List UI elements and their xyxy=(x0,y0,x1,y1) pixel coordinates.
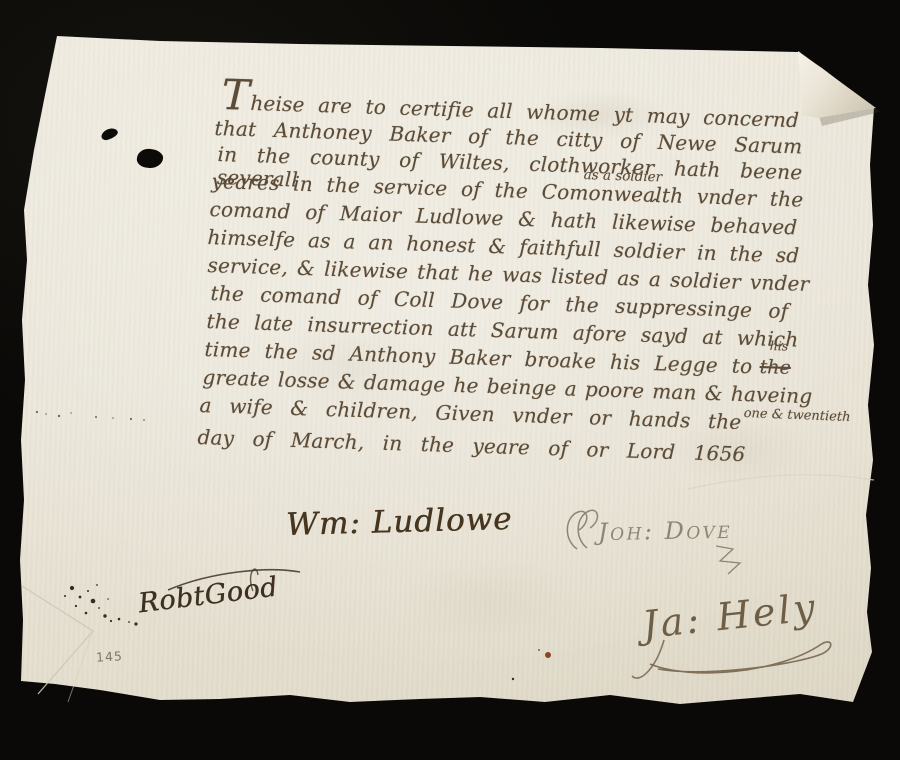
catalog-number: 145 xyxy=(96,648,124,664)
manuscript-text: Theise are to certifie all whome yt may … xyxy=(0,0,900,760)
interlinear-insertion: as a soldier xyxy=(583,167,662,185)
signature-good: RobtGood xyxy=(137,572,280,620)
struck-word: the xyxy=(759,356,791,379)
insertion-caret: ^ xyxy=(650,197,661,212)
signature-dove: Joh: Dove xyxy=(598,516,733,546)
date-phrase: one & twentieth xyxy=(743,406,850,425)
signature-hely: Ja: Hely xyxy=(640,585,820,647)
manuscript-line-13: day of March, in the yeare of or Lord 16… xyxy=(197,426,745,466)
signature-ludlowe: Wm: Ludlowe xyxy=(286,501,513,543)
inserted-word: his xyxy=(770,338,789,354)
